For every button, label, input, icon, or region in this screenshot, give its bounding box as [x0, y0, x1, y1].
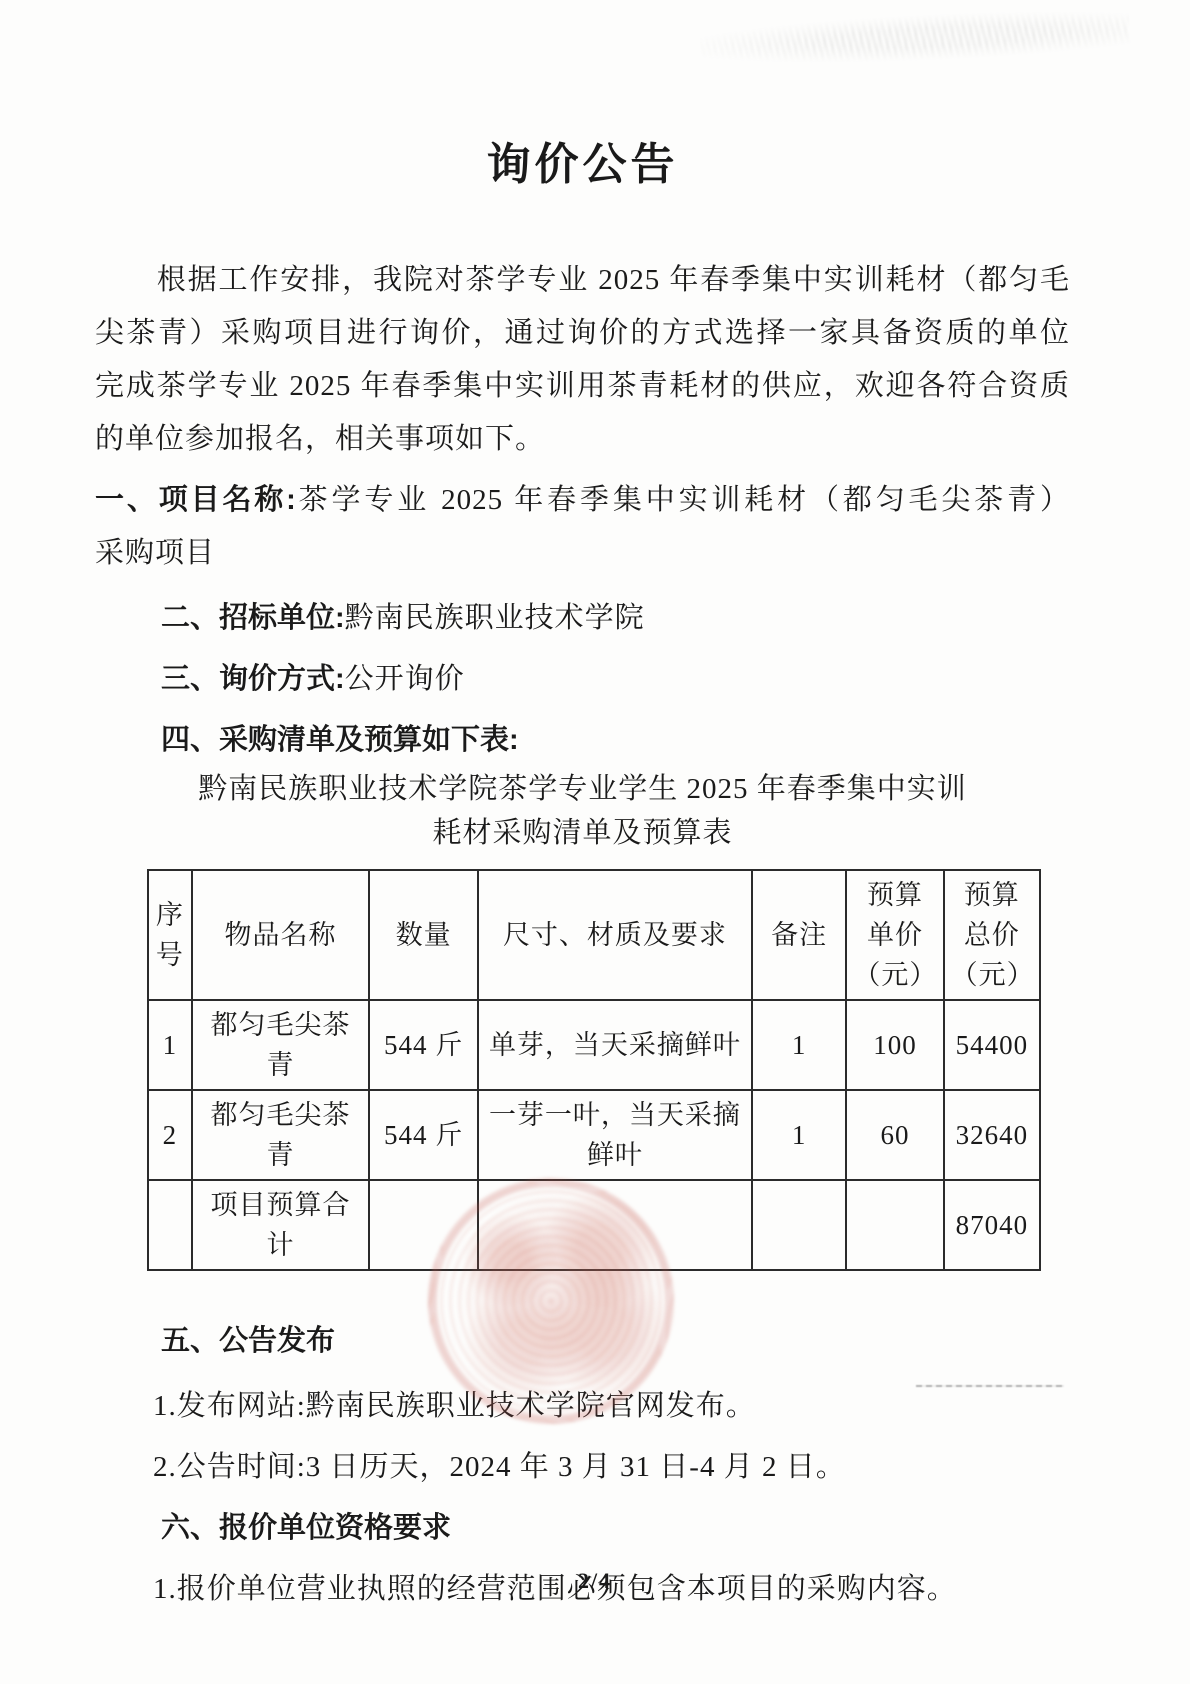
section-2-label: 二、招标单位: [161, 602, 345, 634]
table-header-row: 序号 物品名称 数量 尺寸、材质及要求 备注 预算 单价 （元） 预算 总价 （… [148, 870, 1040, 1000]
cell-spec: 单芽，当天采摘鲜叶 [478, 1000, 752, 1090]
document-page: 询价公告 根据工作安排，我院对茶学专业 2025 年春季集中实训耗材（都匀毛 尖… [0, 0, 1190, 1684]
header-seq: 序号 [148, 870, 192, 1000]
cell-seq [148, 1180, 192, 1270]
section-3-label: 三、询价方式: [161, 663, 345, 695]
cell-remark: 1 [752, 1000, 847, 1090]
cell-spec: 一芽一叶，当天采摘鲜叶 [478, 1090, 752, 1180]
table-title-line2: 耗材采购清单及预算表 [95, 811, 1070, 855]
cell-seq: 1 [148, 1000, 192, 1090]
scan-artifact-line [916, 1385, 1064, 1387]
section-2-bid-unit: 二、招标单位:黔南民族职业技术学院 [95, 592, 1070, 645]
intro-line: 尖茶青）采购项目进行询价，通过询价的方式选择一家具备资质的单位 [95, 307, 1070, 360]
table-row: 1 都匀毛尖茶青 544 斤 单芽，当天采摘鲜叶 1 100 54400 [148, 1000, 1040, 1090]
section-4-heading: 四、采购清单及预算如下表: [95, 714, 1070, 767]
cell-total-price: 54400 [944, 1000, 1040, 1090]
header-spec: 尺寸、材质及要求 [478, 870, 752, 1000]
intro-line: 的单位参加报名，相关事项如下。 [95, 413, 1070, 466]
cell-quantity: 544 斤 [369, 1090, 478, 1180]
intro-paragraph: 根据工作安排，我院对茶学专业 2025 年春季集中实训耗材（都匀毛 尖茶青）采购… [95, 254, 1070, 466]
section-5-heading: 五、公告发布 [95, 1315, 1070, 1368]
section-1-label: 一、项目名称: [95, 484, 296, 516]
cell-remark: 1 [752, 1090, 847, 1180]
section-5-item-2: 2.公告时间:3 日历天，2024 年 3 月 31 日-4 月 2 日。 [95, 1441, 1070, 1494]
cell-item-name: 项目预算合计 [192, 1180, 370, 1270]
section-3-content: 公开询价 [345, 663, 465, 695]
header-item-name: 物品名称 [192, 870, 370, 1000]
budget-table: 序号 物品名称 数量 尺寸、材质及要求 备注 预算 单价 （元） 预算 总价 （… [147, 869, 1041, 1271]
cell-item-name: 都匀毛尖茶青 [192, 1090, 370, 1180]
cell-total-price: 87040 [944, 1180, 1040, 1270]
intro-line: 根据工作安排，我院对茶学专业 2025 年春季集中实训耗材（都匀毛 [95, 254, 1070, 307]
cell-quantity: 544 斤 [369, 1000, 478, 1090]
section-1-project-name: 一、项目名称:茶学专业 2025 年春季集中实训耗材（都匀毛尖茶青） [95, 474, 1070, 527]
header-unit-price: 预算 单价 （元） [846, 870, 943, 1000]
cell-total-price: 32640 [944, 1090, 1040, 1180]
cell-spec [478, 1180, 752, 1270]
table-title-line1: 黔南民族职业技术学院茶学专业学生 2025 年春季集中实训 [95, 767, 1070, 811]
document-content: 询价公告 根据工作安排，我院对茶学专业 2025 年春季集中实训耗材（都匀毛 尖… [95, 0, 1070, 1616]
intro-line: 完成茶学专业 2025 年春季集中实训用茶青耗材的供应，欢迎各符合资质 [95, 360, 1070, 413]
section-6-heading: 六、报价单位资格要求 [95, 1502, 1070, 1555]
cell-unit-price [846, 1180, 943, 1270]
section-5-item-1: 1.发布网站:黔南民族职业技术学院官网发布。 [95, 1380, 1070, 1433]
cell-remark [752, 1180, 847, 1270]
section-1-continuation: 采购项目 [95, 527, 1070, 580]
page-number: 2/4 [0, 1568, 1190, 1594]
page-title: 询价公告 [95, 128, 1070, 192]
cell-seq: 2 [148, 1090, 192, 1180]
header-total-price: 预算 总价 （元） [944, 870, 1040, 1000]
cell-item-name: 都匀毛尖茶青 [192, 1000, 370, 1090]
cell-unit-price: 60 [846, 1090, 943, 1180]
header-quantity: 数量 [369, 870, 478, 1000]
cell-unit-price: 100 [846, 1000, 943, 1090]
section-1-content: 茶学专业 2025 年春季集中实训耗材（都匀毛尖茶青） [296, 484, 1070, 516]
table-row: 2 都匀毛尖茶青 544 斤 一芽一叶，当天采摘鲜叶 1 60 32640 [148, 1090, 1040, 1180]
cell-quantity [369, 1180, 478, 1270]
section-2-content: 黔南民族职业技术学院 [345, 602, 645, 634]
section-3-inquiry-method: 三、询价方式:公开询价 [95, 653, 1070, 706]
table-total-row: 项目预算合计 87040 [148, 1180, 1040, 1270]
header-remark: 备注 [752, 870, 847, 1000]
